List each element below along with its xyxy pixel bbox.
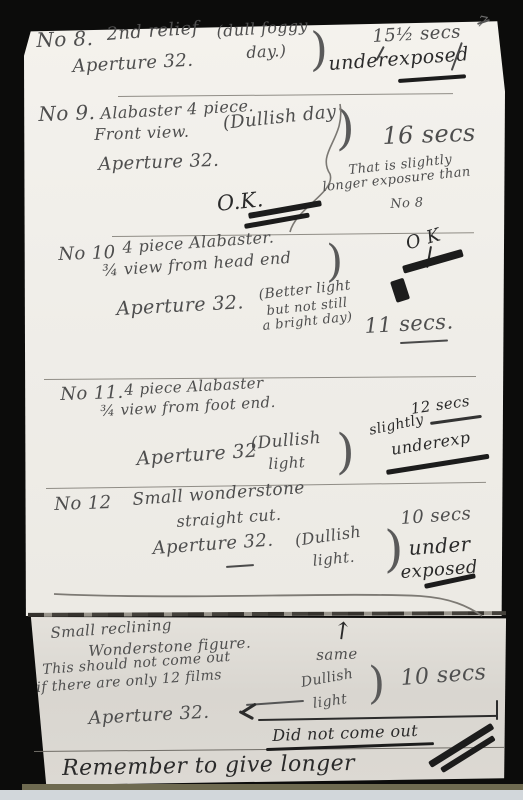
divider-5-curved <box>48 584 488 618</box>
up-arrow-icon: ↑ <box>331 618 355 645</box>
entry9-aperture: Aperture 32. <box>98 152 220 174</box>
photographed-notebook-page: 7 No 8. 2nd relief (dull foggy day.) ) 1… <box>0 0 523 800</box>
entry10-exposure-time: 11 secs. <box>364 311 454 337</box>
entry8-paren: ) <box>310 26 328 72</box>
entry9-exposure-time: 16 secs <box>382 121 476 148</box>
surface-below-page <box>0 790 523 800</box>
entry8-light-note-2: day.) <box>246 43 287 61</box>
entry12-light-note-2: light. <box>312 550 355 569</box>
addendum-paren: ) <box>368 662 386 706</box>
entry12-number: No 12 <box>54 494 112 514</box>
entry8-number: No 8. <box>36 28 94 50</box>
addendum-same-note: same <box>316 647 358 663</box>
addendum-exposure-time: 10 secs <box>400 662 487 690</box>
entry8-exposure-time: 15½ secs <box>372 23 461 46</box>
entry11-light-note-2: light <box>268 455 306 472</box>
entry9-number: No 9. <box>38 102 96 124</box>
arrow-elbow <box>496 700 498 720</box>
entry9-comment-3: No 8 <box>390 196 424 211</box>
entry11-paren: ) <box>336 428 355 476</box>
entry12-result-1: under <box>408 534 471 558</box>
footer-reminder: Remember to give longer <box>62 753 355 780</box>
entry9-subject-2: Front view. <box>94 124 190 143</box>
entry12-exposure-time: 10 secs <box>400 505 472 528</box>
